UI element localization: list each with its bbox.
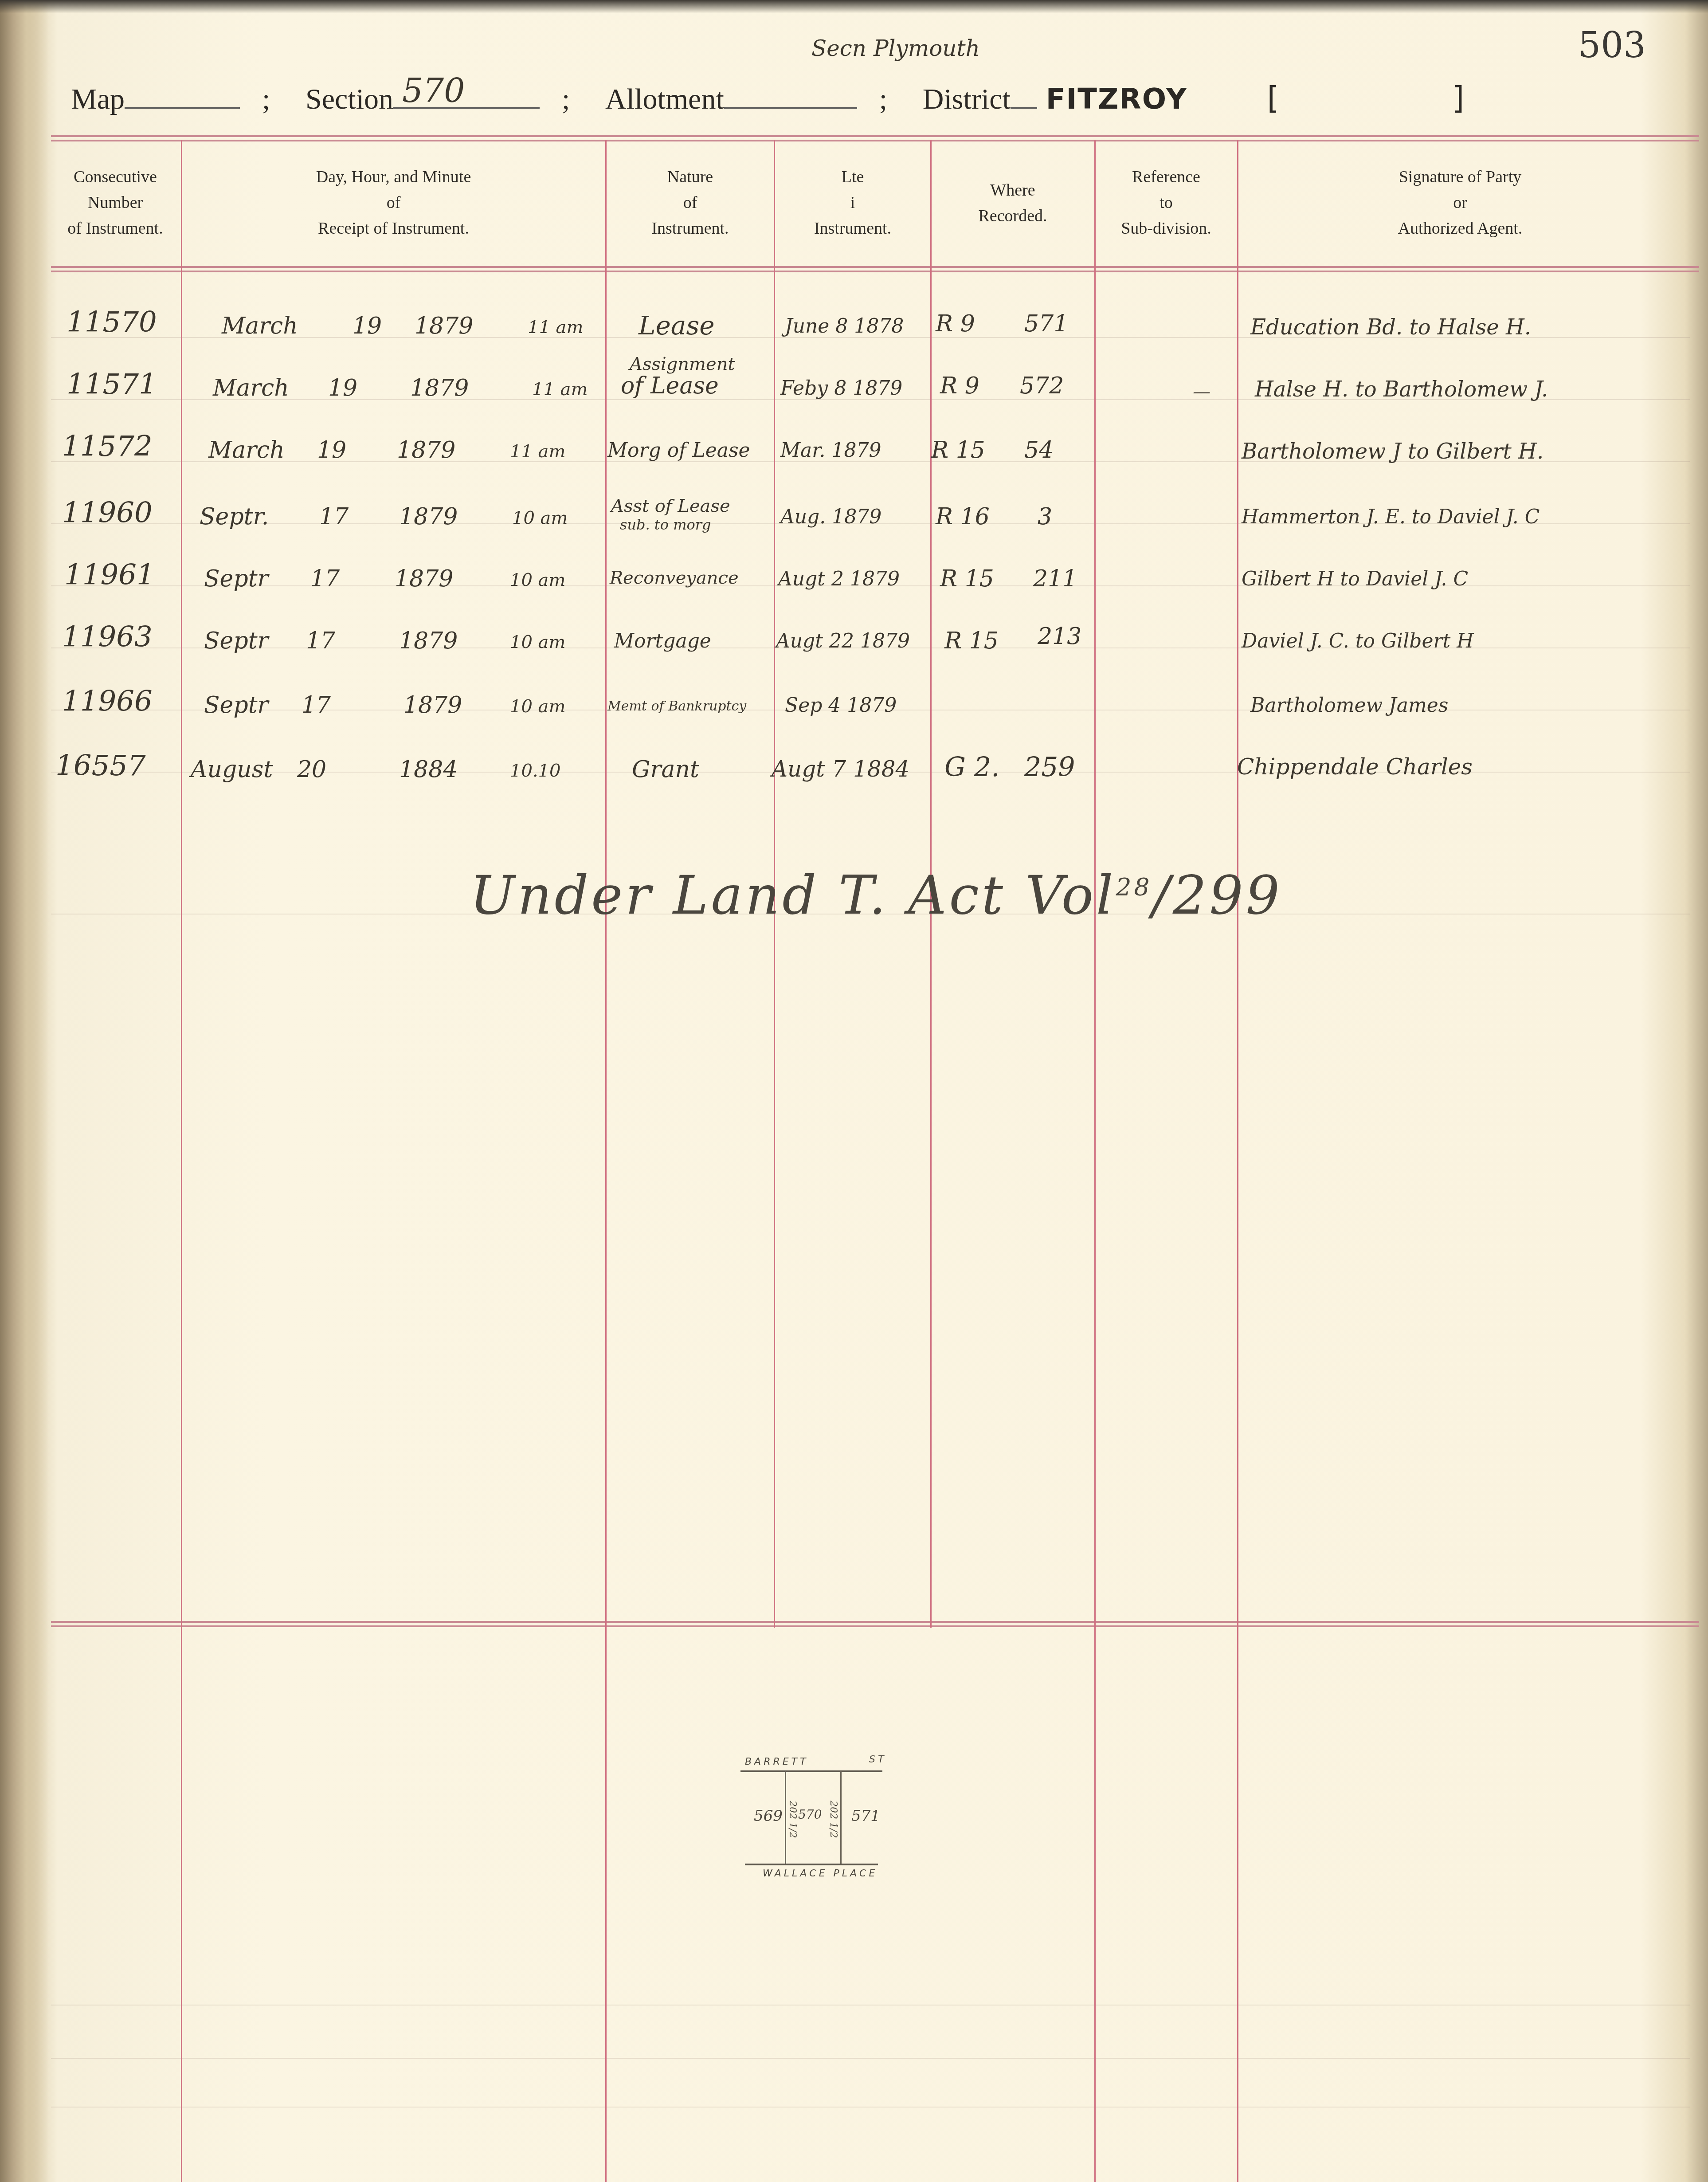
- map-label: Map: [71, 83, 125, 115]
- district-blank: [1011, 85, 1037, 109]
- receipt-month: Septr: [204, 628, 268, 654]
- instrument-nature: Lease: [639, 310, 715, 341]
- signature: Gilbert H to Daviel J. C: [1242, 568, 1468, 590]
- column-header-date: Lte i Instrument.: [775, 164, 930, 241]
- lot-dimension: 202 1/2: [787, 1801, 798, 1838]
- instrument-date: Augt 2 1879: [778, 568, 900, 590]
- where-number: 211: [1033, 565, 1077, 592]
- receipt-time: 10 am: [510, 696, 565, 717]
- receipt-time: 10.10: [510, 761, 561, 781]
- ledger-line: [51, 2005, 1690, 2005]
- section-field: 570: [393, 85, 540, 109]
- road-label-top: BARRETT: [745, 1756, 809, 1767]
- receipt-day: 17: [319, 503, 349, 530]
- signature: Hammerton J. E. to Daviel J. C: [1242, 506, 1540, 528]
- page-number: 503: [1578, 24, 1646, 66]
- lot-boundary: [785, 1771, 786, 1864]
- column-header-reference: Reference to Sub-division.: [1095, 164, 1237, 241]
- allotment-field: [724, 85, 857, 109]
- road-suffix-top: ST: [869, 1754, 886, 1765]
- lot-number: 571: [851, 1807, 880, 1825]
- receipt-year: 1879: [399, 503, 458, 530]
- receipt-day: 19: [353, 313, 382, 339]
- section-annotation: Secn Plymouth: [811, 35, 980, 61]
- separator: ;: [262, 83, 270, 115]
- where-number: 572: [1020, 373, 1064, 399]
- ledger-line: [51, 2058, 1690, 2059]
- barrett-st-line: [740, 1770, 882, 1772]
- section-label: Section: [306, 83, 393, 115]
- section-divider-rule: [51, 1621, 1699, 1627]
- instrument-date: Augt 7 1884: [772, 756, 909, 782]
- instrument-nature: Assignment of Lease: [621, 355, 735, 398]
- where-number: 259: [1024, 752, 1075, 783]
- wallace-place-line: [745, 1864, 878, 1865]
- instrument-number: 11572: [62, 430, 153, 463]
- sub-division-reference: —: [1193, 381, 1210, 402]
- receipt-month: Septr.: [200, 503, 269, 530]
- where-number: 213: [1038, 623, 1081, 650]
- allotment-sketch: BARRETT ST WALLACE PLACE 569 570 571 202…: [736, 1752, 949, 1894]
- where-book: R 15: [944, 628, 999, 654]
- header-bottom-rule: [51, 266, 1699, 272]
- receipt-time: 11 am: [532, 379, 588, 400]
- instrument-nature: Morg of Lease: [607, 439, 750, 462]
- receipt-time: 10 am: [512, 508, 568, 528]
- column-header-where: Where Recorded.: [931, 177, 1094, 229]
- column-header-number: Consecutive Number of Instrument.: [51, 164, 180, 241]
- receipt-time: 11 am: [510, 441, 565, 462]
- where-book: R 16: [936, 503, 990, 530]
- receipt-month: Septr: [204, 565, 268, 592]
- where-number: 571: [1024, 310, 1068, 337]
- instrument-nature: Grant: [632, 756, 699, 783]
- allotment-label: Allotment: [605, 83, 724, 115]
- column-rule: [605, 140, 607, 2182]
- column-header-receipt: Day, Hour, and Minute of Receipt of Inst…: [182, 164, 605, 241]
- receipt-day: 20: [297, 756, 326, 783]
- header-top-rule: [51, 135, 1699, 141]
- instrument-nature: Reconveyance: [610, 568, 739, 588]
- lot-dimension: 202 1/2: [828, 1801, 839, 1838]
- bracket-close: ]: [1450, 80, 1469, 116]
- instrument-nature: Mortgage: [614, 630, 711, 652]
- receipt-year: 1879: [397, 437, 455, 463]
- instrument-nature: Memt of Bankruptcy: [607, 699, 746, 714]
- signature: Bartholomew J to Gilbert H.: [1242, 439, 1543, 464]
- section-value: 570: [402, 72, 465, 110]
- receipt-year: 1879: [415, 313, 473, 339]
- receipt-time: 10 am: [510, 570, 565, 590]
- separator: ;: [562, 83, 570, 115]
- instrument-number: 11963: [62, 621, 153, 654]
- instrument-date: Augt 22 1879: [776, 630, 910, 652]
- receipt-month: Septr: [204, 692, 268, 718]
- lot-number: 569: [754, 1807, 783, 1825]
- instrument-date: Aug. 1879: [780, 506, 881, 528]
- where-number: 54: [1024, 437, 1054, 463]
- instrument-number: 11570: [67, 306, 157, 339]
- instrument-number: 11571: [67, 368, 157, 401]
- where-number: 3: [1038, 503, 1052, 530]
- receipt-time: 11 am: [528, 317, 583, 338]
- receipt-day: 19: [317, 437, 346, 463]
- receipt-year: 1879: [399, 628, 458, 654]
- receipt-day: 17: [310, 565, 340, 592]
- where-book: R 15: [931, 437, 985, 463]
- column-rule: [1094, 140, 1096, 2182]
- instrument-date: Mar. 1879: [780, 439, 881, 462]
- land-transfer-note: Under Land T. Act Vol28/299: [470, 865, 1282, 926]
- ledger-line: [51, 2107, 1690, 2107]
- column-header-nature: Nature of Instrument.: [607, 164, 774, 241]
- instrument-date: Feby 8 1879: [780, 377, 902, 400]
- signature: Education Bd. to Halse H.: [1250, 315, 1531, 340]
- receipt-month: March: [213, 375, 289, 401]
- signature: Bartholomew James: [1250, 694, 1448, 717]
- where-book: R 15: [940, 565, 994, 592]
- form-header: Map; Section570; Allotment; DistrictFITZ…: [71, 80, 1469, 116]
- district-label: District: [923, 83, 1011, 115]
- receipt-year: 1884: [399, 756, 458, 783]
- receipt-month: March: [208, 437, 285, 463]
- receipt-day: 17: [302, 692, 331, 718]
- bracket-open: [: [1263, 80, 1281, 116]
- receipt-day: 17: [306, 628, 335, 654]
- column-rule: [1237, 140, 1238, 2182]
- receipt-time: 10 am: [510, 632, 565, 652]
- instrument-number: 16557: [55, 750, 146, 782]
- signature: Daviel J. C. to Gilbert H: [1242, 630, 1474, 652]
- where-book: G 2.: [944, 752, 999, 783]
- instrument-date: June 8 1878: [785, 315, 904, 338]
- map-field: [125, 85, 240, 109]
- signature: Chippendale Charles: [1237, 754, 1473, 780]
- separator: ;: [879, 83, 887, 115]
- receipt-year: 1879: [395, 565, 453, 592]
- ledger-page: 503 Secn Plymouth Map; Section570; Allot…: [0, 0, 1708, 2182]
- lot-number: 570: [798, 1807, 822, 1822]
- receipt-year: 1879: [403, 692, 462, 718]
- instrument-number: 11966: [62, 685, 153, 718]
- where-book: R 9: [936, 310, 975, 337]
- road-label-bottom: WALLACE PLACE: [763, 1868, 878, 1879]
- signature: Halse H. to Bartholomew J.: [1255, 377, 1548, 402]
- instrument-nature: Asst of Lease sub. to morg: [611, 497, 730, 534]
- instrument-number: 11960: [62, 497, 153, 530]
- instrument-number: 11961: [64, 559, 155, 592]
- column-header-signature: Signature of Party or Authorized Agent.: [1238, 164, 1682, 241]
- receipt-day: 19: [328, 375, 357, 401]
- district-value: FITZROY: [1046, 83, 1187, 116]
- receipt-month: August: [191, 756, 273, 783]
- instrument-date: Sep 4 1879: [785, 694, 897, 717]
- receipt-year: 1879: [410, 375, 469, 401]
- book-binding: [0, 0, 49, 2182]
- lot-boundary: [840, 1771, 842, 1864]
- where-book: R 9: [940, 373, 979, 399]
- column-rule: [181, 140, 182, 2182]
- receipt-month: March: [222, 313, 298, 339]
